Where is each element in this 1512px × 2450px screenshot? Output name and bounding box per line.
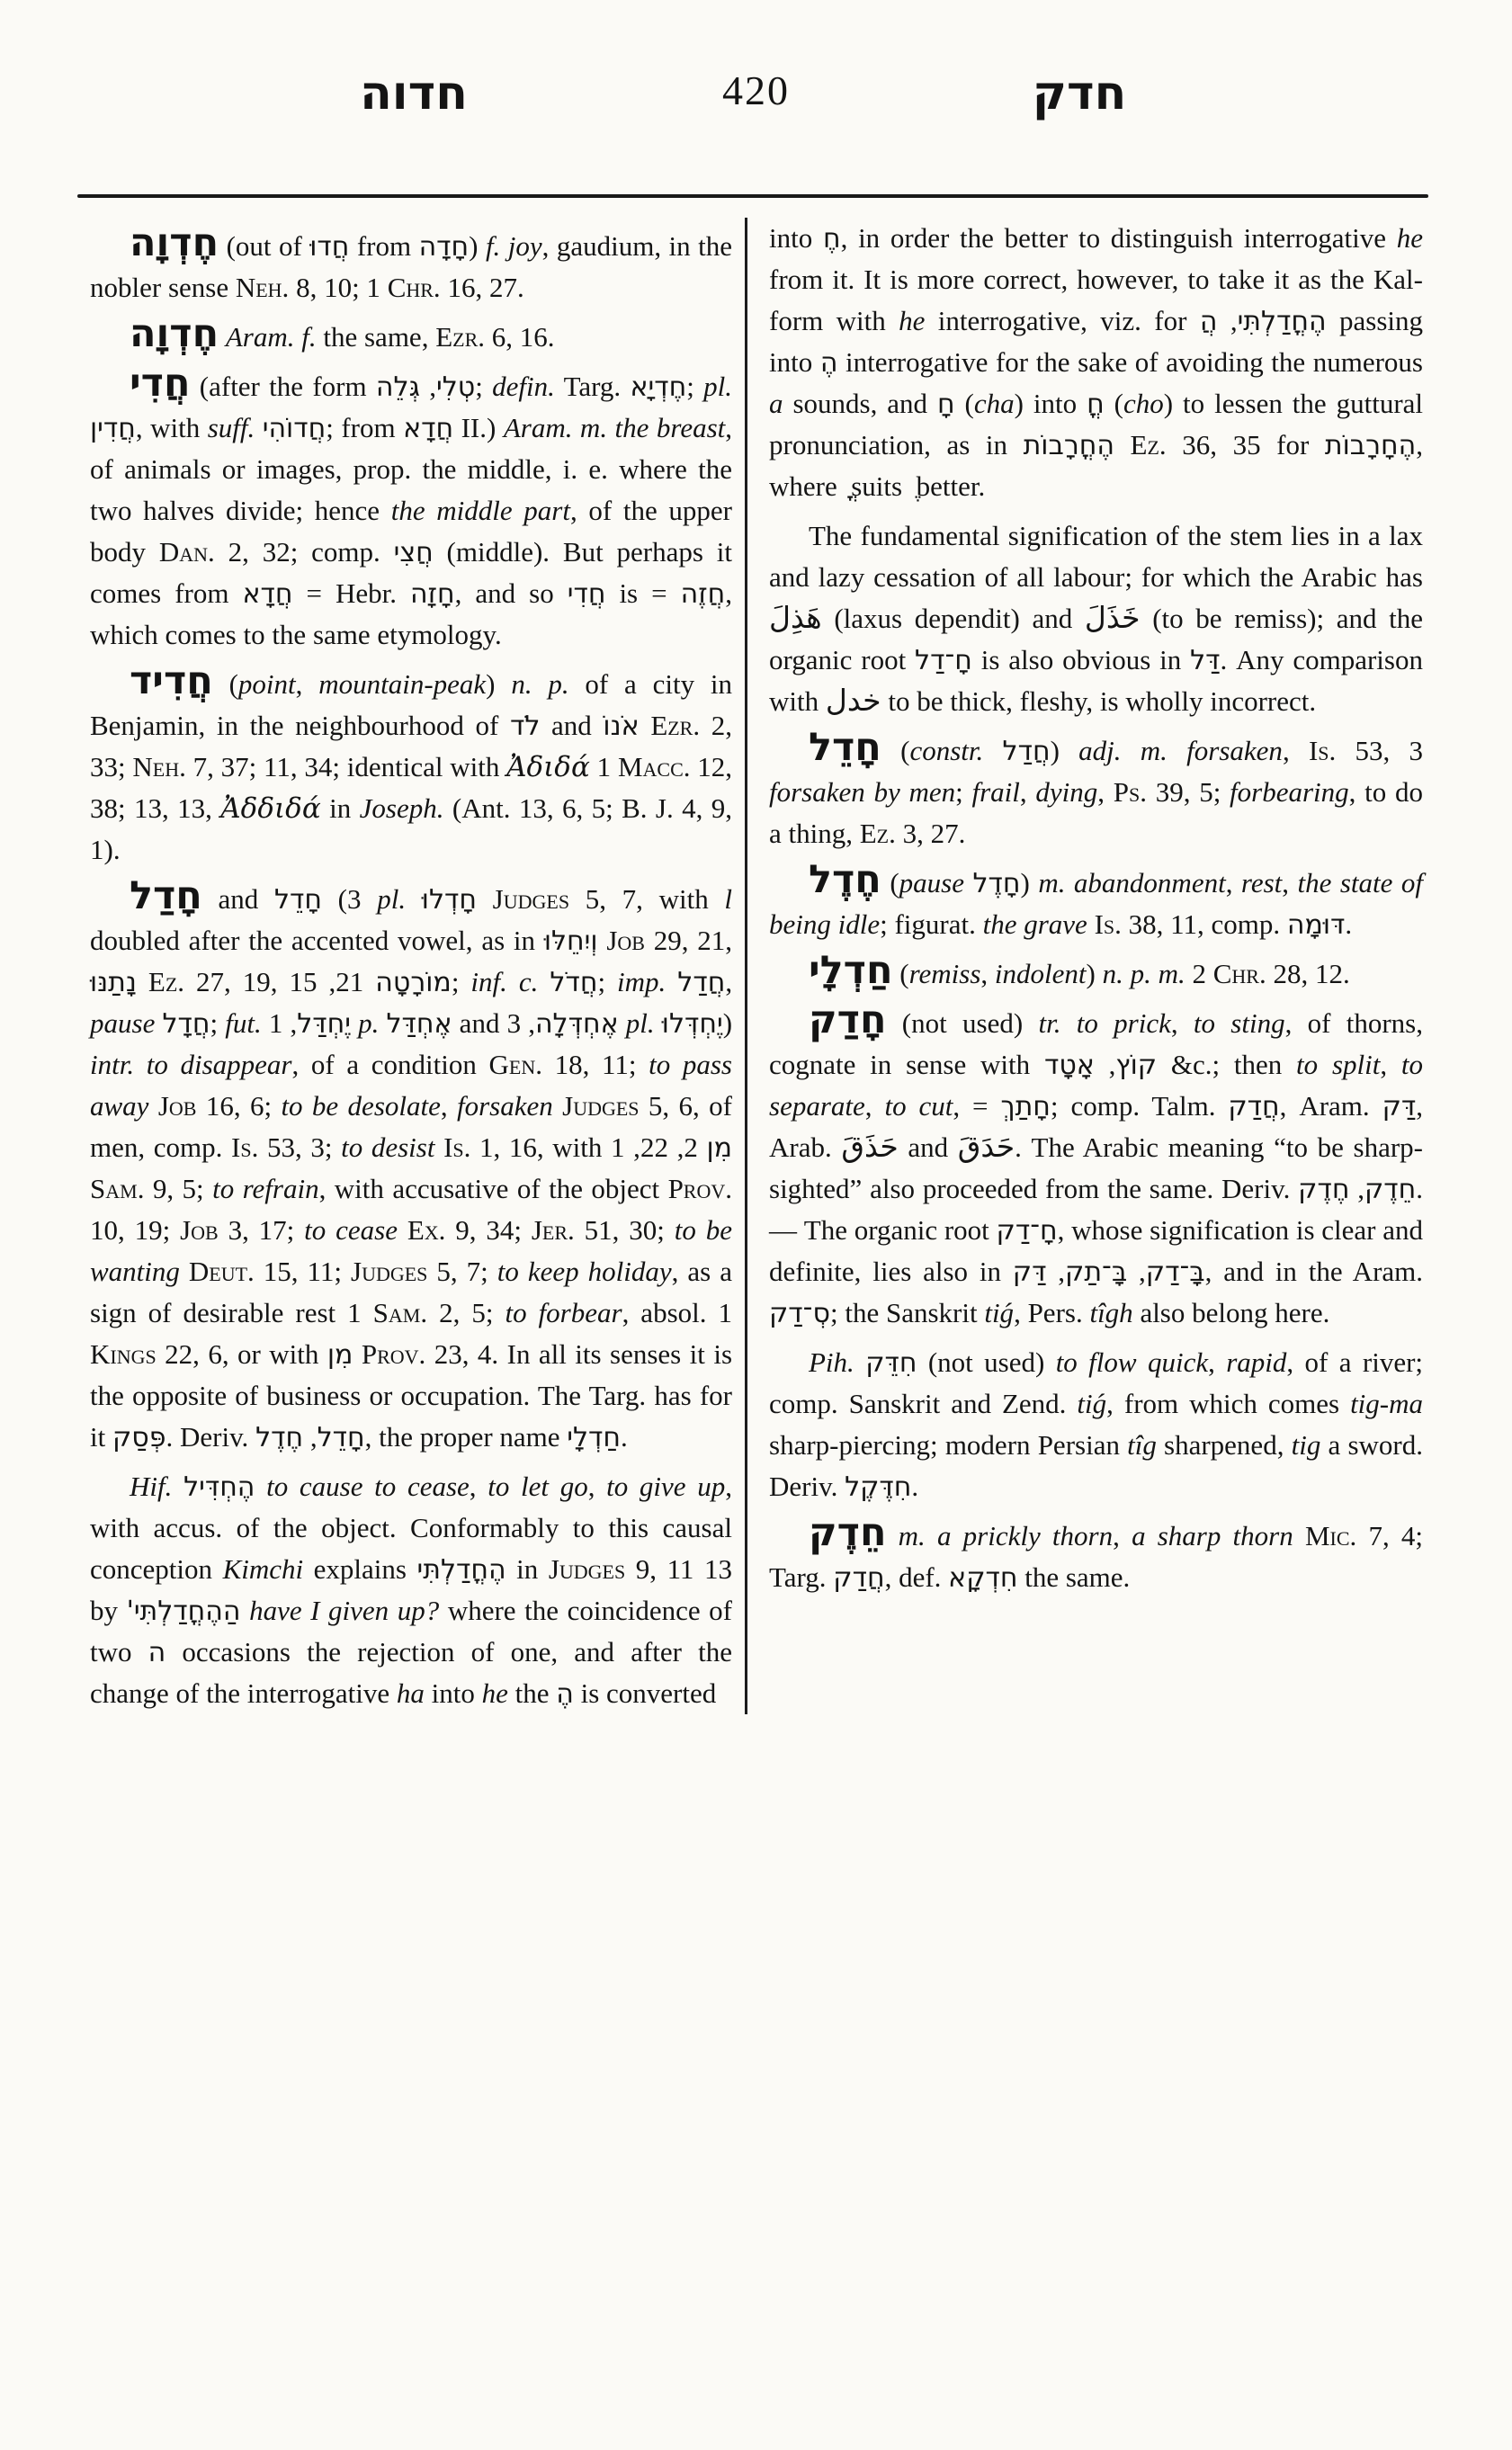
text: [240, 1595, 249, 1626]
hebrew-word: וְיִחֵלּוּ: [544, 925, 598, 957]
arabic-word: خَذَلَ: [1085, 600, 1141, 635]
text: , Pers.: [1014, 1297, 1089, 1328]
text: ,: [588, 1471, 606, 1502]
text: .: [911, 1471, 918, 1502]
scripture-reference: Ez.: [1131, 429, 1167, 460]
text: better.: [909, 470, 985, 502]
italic-text: indolent: [995, 958, 1087, 989]
italic-text: defin.: [492, 371, 555, 402]
text: into: [425, 1677, 482, 1709]
scripture-reference: Is.: [1095, 908, 1122, 940]
text: (laxus dependit) and: [822, 603, 1085, 634]
scripture-reference: Ez.: [860, 818, 896, 849]
italic-text: to let go: [488, 1471, 587, 1502]
italic-text: have I given up?: [249, 1595, 439, 1626]
hebrew-word: יֶחְדְּלוּ: [662, 1008, 723, 1040]
text: .: [1345, 908, 1352, 940]
italic-text: to keep holiday: [497, 1256, 672, 1287]
scripture-reference: Is.: [231, 1131, 258, 1163]
arabic-word: حَذَقَ: [841, 1129, 898, 1164]
text: 1, 16, with: [470, 1131, 611, 1163]
scripture-reference: Dan.: [159, 536, 215, 568]
scripture-reference: Job: [606, 925, 645, 956]
text: , the proper name: [365, 1421, 568, 1453]
hebrew-word: סְ־דַק: [769, 1298, 830, 1329]
text: , with accusative of the object: [319, 1173, 668, 1204]
scripture-reference: Ez.: [148, 966, 184, 997]
text: 9, 34;: [445, 1214, 531, 1246]
italic-text: to give up: [606, 1471, 725, 1502]
scripture-reference: Prov.: [668, 1173, 732, 1204]
scripture-reference: Ezr.: [435, 321, 485, 353]
text: [180, 1256, 189, 1287]
dictionary-entry: חָדַל and חָדֵל (3 pl. חָדְלוּ Judges 5,…: [90, 871, 732, 1458]
dictionary-entry: חָדֵל (constr. חֲדַל) adj. m. forsaken, …: [769, 722, 1423, 854]
hebrew-word: חֲדָל: [162, 1008, 210, 1040]
italic-text: suff.: [208, 412, 255, 443]
arabic-word: خدل: [826, 683, 881, 718]
text: also belong here.: [1133, 1297, 1330, 1328]
hebrew-word: בָּ־דַק: [1146, 1256, 1205, 1288]
scripture-reference: Sam.: [90, 1173, 144, 1204]
dictionary-entry: Hif. הֶחְדִּיל to cause to cease, to let…: [90, 1458, 732, 1714]
text: ,: [1282, 867, 1297, 899]
hebrew-word: דַּק: [1382, 1091, 1417, 1122]
hebrew-word: חָ: [937, 389, 955, 420]
text: &c.; then: [1157, 1049, 1296, 1080]
text: and: [452, 1007, 507, 1039]
text: ,: [1020, 776, 1035, 808]
hebrew-word: חָדֶל: [972, 868, 1020, 899]
text: 27, 19,: [184, 966, 289, 997]
text: [983, 735, 1002, 766]
italic-text: forbearing: [1230, 776, 1349, 808]
text: [353, 1338, 361, 1370]
hebrew-word: טְלִי: [436, 371, 475, 403]
italic-text: Hif.: [130, 1471, 172, 1502]
text: in: [506, 1553, 549, 1585]
italic-text: pl.: [626, 1007, 655, 1039]
hebrew-word: חָדֵל: [318, 1422, 365, 1453]
hebrew-word: חִדֵּק: [865, 1347, 917, 1379]
hebrew-word: חֲדִין: [90, 413, 136, 444]
text: 2, 5;: [427, 1297, 505, 1328]
left-column: חֶדְוָה (out of חֲדוּ from חָדָה) f. joy…: [90, 218, 747, 1714]
text: [398, 1214, 407, 1246]
scripture-reference: Job: [180, 1214, 219, 1246]
italic-text: Aram. m. the breast: [504, 412, 725, 443]
text: , def.: [885, 1561, 949, 1593]
text: ,: [441, 1090, 457, 1122]
text: to be thick, fleshy, is wholly incorrect…: [881, 685, 1317, 717]
text: 36, 35 for: [1167, 429, 1325, 460]
hebrew-headword: חָדֵל: [809, 725, 881, 770]
text: ): [1051, 735, 1079, 766]
hebrew-word: הֶ: [556, 1678, 574, 1710]
text: , with: [136, 412, 208, 443]
italic-text: n. p. m.: [1103, 958, 1185, 989]
text: [553, 1090, 562, 1122]
text: [598, 925, 607, 956]
italic-text: Joseph.: [360, 792, 444, 824]
italic-text: Kimchi: [223, 1553, 304, 1585]
hebrew-word: ה: [148, 1637, 166, 1668]
text: interrogative for the sake of avoiding t…: [837, 346, 1423, 378]
hebrew-word: חֲדוּ: [309, 231, 349, 263]
italic-text: tr. to prick: [1038, 1007, 1170, 1039]
text: 29, 21,: [645, 925, 732, 956]
text: from: [349, 230, 418, 262]
hebrew-headword: חֶדְוָה: [130, 220, 219, 265]
text: ;: [597, 966, 617, 997]
hebrew-word: בָּ־תַק: [1065, 1256, 1127, 1288]
scripture-reference: Gen.: [489, 1049, 542, 1080]
hebrew-word: הֶ: [820, 347, 838, 379]
hebrew-word: יֶחְדַּל: [297, 1008, 351, 1040]
text: [255, 412, 263, 443]
text: , absol. 1: [622, 1297, 732, 1328]
text: ; figurat.: [880, 908, 983, 940]
scripture-reference: Judges: [351, 1256, 427, 1287]
hebrew-word: חָ־דַל: [915, 645, 972, 676]
italic-text: the middle part: [391, 495, 570, 526]
text: [172, 1471, 183, 1502]
text: 22, 6, or with: [157, 1338, 327, 1370]
hebrew-word: מִן: [327, 1339, 353, 1371]
scripture-reference: Macc.: [618, 751, 691, 782]
page-number: 420: [0, 67, 1512, 114]
italic-text: cho: [1123, 388, 1164, 419]
hebrew-word: לֹד: [510, 711, 540, 742]
italic-text: f. joy: [486, 230, 542, 262]
text: in: [321, 792, 360, 824]
italic-text: remiss: [909, 958, 981, 989]
scripture-reference: Chr.: [388, 272, 441, 303]
text: the: [508, 1677, 556, 1709]
text: ,: [296, 668, 319, 700]
dictionary-entry: חֵדֶק m. a prickly thorn, a sharp thorn …: [769, 1507, 1423, 1598]
dictionary-entry: חֲדִי (after the form טְלִי, גְּלֵה; def…: [90, 358, 732, 656]
hebrew-word: הֶחֳדַלְתִּי: [1238, 306, 1327, 337]
text: , and so: [455, 577, 568, 609]
hebrew-word: חֲדוֹהִי: [263, 413, 326, 444]
scripture-reference: Ezr.: [650, 710, 700, 741]
scripture-reference: Ps.: [1114, 776, 1147, 808]
hebrew-headword: חֵדֶק: [809, 1510, 886, 1555]
italic-text: to cease: [304, 1214, 398, 1246]
text: ; the Sanskrit: [830, 1297, 984, 1328]
text: 5, 7;: [427, 1256, 497, 1287]
text: 16, 6;: [196, 1090, 281, 1122]
text: 16, 27.: [441, 272, 524, 303]
text: ,: [1127, 1256, 1146, 1287]
text: 53, 3: [1336, 735, 1423, 766]
text: ,: [865, 1090, 885, 1122]
italic-text: to flow quick: [1056, 1346, 1208, 1378]
hebrew-word: אֶחְדְּלָה: [535, 1008, 619, 1040]
text: .: [621, 1421, 628, 1453]
hebrew-word: נָתַנּוּ: [90, 967, 137, 998]
hebrew-word: חָ־דַק: [997, 1215, 1058, 1247]
italic-text: m. abandonment: [1038, 867, 1225, 899]
italic-text: a sharp thorn: [1132, 1520, 1293, 1551]
italic-text: to be desolate: [281, 1090, 440, 1122]
hebrew-headword: חֲדִיד: [130, 658, 213, 703]
hebrew-word: חָדְלוּ: [422, 884, 477, 916]
dictionary-entry: The fundamental signification of the ste…: [769, 507, 1423, 722]
italic-text: to split: [1296, 1049, 1380, 1080]
italic-text: intr. to disappear: [90, 1049, 292, 1080]
scripture-reference: Sam.: [373, 1297, 427, 1328]
text: 18, 11;: [542, 1049, 649, 1080]
hebrew-word: חֲצִי: [394, 537, 434, 568]
hebrew-word: חָדָה: [419, 231, 470, 263]
text: (out of: [219, 230, 309, 262]
text: [666, 966, 677, 997]
text: and: [540, 710, 603, 741]
hebrew-word: קוֹץ: [1115, 1050, 1157, 1081]
text: II.): [453, 412, 504, 443]
text: 3, 17;: [219, 1214, 304, 1246]
hebrew-word: חֲדֹל: [550, 967, 597, 998]
hebrew-word: חֶ: [823, 223, 841, 255]
text: ,: [470, 1471, 488, 1502]
italic-text: point: [238, 668, 296, 700]
italic-text: tig: [1292, 1429, 1321, 1461]
dictionary-entry: חָדַק (not used) tr. to prick, to sting,…: [769, 995, 1423, 1334]
text: is =: [605, 577, 680, 609]
text: 28, 12.: [1266, 958, 1350, 989]
hebrew-word: חָתַךְ: [1000, 1091, 1050, 1122]
hebrew-headword: חֶדֶל: [809, 857, 881, 902]
dictionary-entry: חֶדֶל (pause חָדֶל) m. abandonment, rest…: [769, 854, 1423, 945]
hebrew-word: חֶדֶק: [1298, 1174, 1349, 1205]
text: ,: [980, 958, 995, 989]
text: ) into: [1015, 388, 1087, 419]
text: = Hebr.: [293, 577, 411, 609]
italic-text: ha: [397, 1677, 425, 1709]
italic-text: n. p.: [511, 668, 568, 700]
text: ,: [1226, 867, 1241, 899]
text: ;: [686, 371, 703, 402]
running-head-right-hebrew: חדק: [985, 67, 1174, 121]
text: ,: [1095, 1049, 1116, 1080]
hebrew-word: חֲדָא: [242, 578, 292, 610]
text: ,: [1283, 735, 1309, 766]
text: [137, 966, 148, 997]
text: ,: [1113, 1520, 1132, 1551]
hebrew-word: דַּק: [1013, 1256, 1047, 1288]
text: [886, 1520, 898, 1551]
scripture-reference: Is.: [1309, 735, 1336, 766]
hebrew-word: חִדְקָא: [948, 1562, 1017, 1594]
italic-text: he: [482, 1677, 508, 1709]
italic-text: rapid: [1226, 1346, 1286, 1378]
greek-word: Ἀδιδά: [506, 751, 590, 783]
text: [655, 1007, 662, 1039]
text: explains: [303, 1553, 416, 1585]
text: ,: [1046, 1256, 1065, 1287]
italic-text: he: [1397, 222, 1423, 254]
hebrew-word: חֲזֶה: [681, 578, 726, 610]
italic-text: tîg: [1127, 1429, 1157, 1461]
text: (: [213, 668, 238, 700]
text: (3: [322, 883, 377, 915]
dictionary-entry: חֶדְוָה (out of חֲדוּ from חָדָה) f. joy…: [90, 218, 732, 308]
text: sounds, and: [783, 388, 937, 419]
text: the same,: [317, 321, 436, 353]
italic-text: m. a prickly thorn: [899, 1520, 1113, 1551]
text: [434, 1131, 443, 1163]
text: ,: [1097, 776, 1113, 808]
italic-text: mountain-peak: [318, 668, 486, 700]
running-head: חדוה 420 חדק: [0, 67, 1512, 148]
text: ): [1087, 958, 1103, 989]
hebrew-headword: חֲדִי: [130, 361, 190, 406]
hebrew-word: הֶחֳדַלְתִּי: [417, 1554, 506, 1586]
scripture-reference: Neh.: [236, 272, 289, 303]
text: The fundamental signification of the ste…: [769, 520, 1423, 593]
italic-text: adj. m. forsaken: [1078, 735, 1283, 766]
text: and: [899, 1131, 958, 1163]
text: (not used): [917, 1346, 1055, 1378]
text: 7, 37; 11, 34; identical with: [186, 751, 506, 782]
italic-text: forsaken by men: [769, 776, 955, 808]
italic-text: a: [769, 388, 783, 419]
text: sharp-piercing; modern Persian: [769, 1429, 1127, 1461]
scripture-reference: Jer.: [532, 1214, 575, 1246]
text: (: [881, 867, 899, 899]
hebrew-word: הֶחְדִּיל: [183, 1471, 255, 1503]
scripture-reference: Judges: [493, 883, 569, 915]
text: (: [893, 958, 909, 989]
text: ;: [210, 1007, 225, 1039]
italic-text: to forbear: [505, 1297, 622, 1328]
italic-text: tiǵ: [984, 1297, 1014, 1328]
hebrew-word: מִן: [706, 1132, 732, 1164]
dictionary-entry: חֶדְוָה Aram. f. the same, Ezr. 6, 16.: [90, 308, 732, 358]
text: (: [1105, 388, 1123, 419]
text: , from which comes: [1106, 1388, 1350, 1419]
text: , Aram.: [1280, 1090, 1382, 1122]
text: 8, 10; 1: [289, 272, 387, 303]
text: ,: [303, 1421, 318, 1453]
hebrew-headword: חַדְלָי: [809, 948, 893, 993]
italic-text: fut.: [225, 1007, 261, 1039]
hebrew-headword: חֶדְוָה: [130, 311, 219, 356]
hebrew-word: חָדֵל: [274, 884, 322, 916]
hebrew-word: חֵדֶק: [1364, 1174, 1416, 1205]
italic-text: to cut: [884, 1090, 953, 1122]
italic-text: the grave: [983, 908, 1087, 940]
text: [406, 883, 422, 915]
italic-text: pl.: [703, 371, 732, 402]
italic-text: pause: [899, 867, 964, 899]
text: suits: [844, 470, 908, 502]
greek-word: Ἀδδιδά: [220, 792, 320, 825]
italic-text: to desist: [341, 1131, 434, 1163]
text: 6, 16.: [485, 321, 555, 353]
hebrew-word: פְּסַק: [112, 1422, 166, 1453]
hebrew-word: דּוּמָה: [1287, 909, 1346, 941]
text: [1293, 1520, 1305, 1551]
hebrew-word: חִדֶּקֶל: [845, 1471, 911, 1503]
hebrew-word: 'הַהֶחֳדַלְתִּי: [127, 1596, 241, 1627]
hebrew-word: הֲ: [1200, 306, 1218, 337]
text: the same.: [1017, 1561, 1130, 1593]
text: interrogative, viz. for: [925, 305, 1199, 336]
scripture-reference: Mic.: [1305, 1520, 1356, 1551]
hebrew-headword: חָדַק: [809, 997, 886, 1042]
text: ; comp. Talm.: [1051, 1090, 1228, 1122]
hebrew-word: הֶחֳרָבוֹת: [1024, 430, 1114, 461]
dictionary-page: חדוה 420 חדק חֶדְוָה (out of חֲדוּ from …: [0, 0, 1512, 2450]
italic-text: tig-ma: [1350, 1388, 1423, 1419]
scripture-reference: Job: [158, 1090, 197, 1122]
italic-text: dying: [1035, 776, 1097, 808]
italic-text: p.: [358, 1007, 379, 1039]
hebrew-word: חֶדְיָא: [630, 371, 686, 403]
text: into: [769, 222, 823, 254]
text: 9, 5;: [144, 1173, 212, 1204]
scripture-reference: Deut.: [189, 1256, 255, 1287]
italic-text: constr.: [909, 735, 983, 766]
hebrew-word: אֹנוֹ: [603, 711, 639, 742]
arabic-word: هَذِلَ: [769, 600, 822, 635]
hebrew-word: מוֹרָטָה: [375, 967, 452, 998]
hebrew-word: חֶדֶל: [255, 1422, 303, 1453]
right-column: into חֶ, in order the better to distingu…: [747, 218, 1423, 1714]
text: ): [469, 230, 486, 262]
hebrew-word: חֳ: [1087, 389, 1105, 420]
italic-text: cha: [974, 388, 1015, 419]
text: 5, 7, with: [569, 883, 724, 915]
italic-text: Aram. f.: [226, 321, 317, 353]
scripture-reference: Prov.: [362, 1338, 425, 1370]
text: 3, 27.: [896, 818, 966, 849]
scripture-reference: Chr.: [1213, 958, 1266, 989]
italic-text: he: [899, 305, 925, 336]
text: ;: [475, 371, 492, 402]
text: [640, 710, 651, 741]
text: 2, 32; comp.: [215, 536, 394, 568]
italic-text: Pih.: [809, 1346, 854, 1378]
text: [262, 1007, 269, 1039]
scripture-reference: Ex.: [407, 1214, 446, 1246]
arabic-word: حَدَقَ: [958, 1129, 1015, 1164]
italic-text: to cause to cease: [266, 1471, 470, 1502]
text: , and in the Aram.: [1205, 1256, 1423, 1287]
text: ,: [1171, 1007, 1194, 1039]
text: [219, 321, 226, 353]
italic-text: frail: [972, 776, 1020, 808]
text: ,: [1380, 1049, 1401, 1080]
text: [1114, 429, 1131, 460]
text: , in order the better to distinguish int…: [841, 222, 1397, 254]
italic-text: l: [724, 883, 732, 915]
italic-text: tiǵ: [1077, 1388, 1106, 1419]
italic-text: forsaken: [457, 1090, 553, 1122]
dictionary-entry: חַדְלָי (remiss, indolent) n. p. m. 2 Ch…: [769, 945, 1423, 995]
hebrew-word: דַּל: [1190, 645, 1220, 676]
text: [1087, 908, 1095, 940]
hebrew-word: חֲדַל: [677, 967, 725, 998]
text-columns: חֶדְוָה (out of חֲדוּ from חָדָה) f. joy…: [90, 218, 1425, 1714]
text: . Deriv.: [166, 1421, 255, 1453]
text: 2: [1185, 958, 1213, 989]
hebrew-headword: חָדַל: [130, 873, 202, 918]
text: is also obvious in: [972, 644, 1190, 675]
